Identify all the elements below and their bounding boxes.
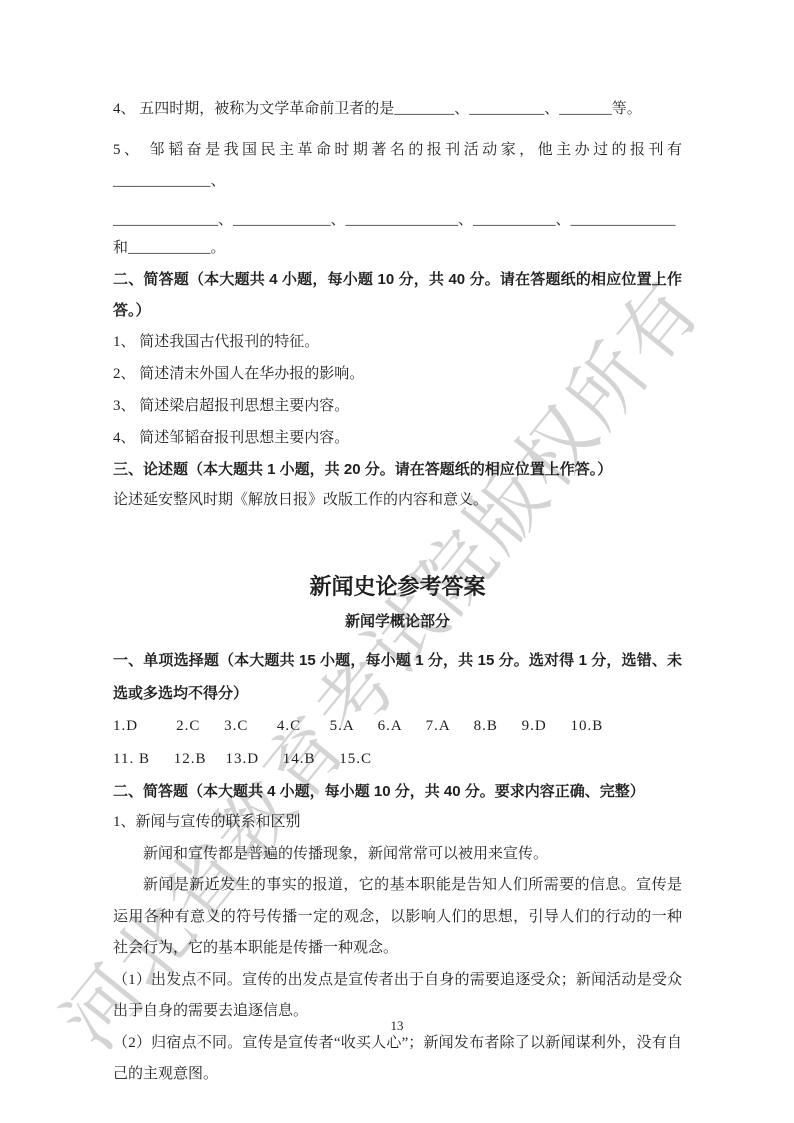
page-content: 4、 五四时期，被称为文学革命前卫者的是________、__________、…: [113, 0, 682, 1091]
short-answer-question-1: 1、 简述我国古代报刊的特征。: [113, 326, 682, 358]
short-answer-question-3: 3、 简述梁启超报刊思想主要内容。: [113, 390, 682, 422]
short-answer-section-heading: 二、简答题（本大题共 4 小题，每小题 10 分，共 40 分。要求内容正确、完…: [113, 776, 682, 807]
document-page: 河北省教育考试院版权所有 4、 五四时期，被称为文学革命前卫者的是_______…: [0, 0, 794, 1123]
fill-in-question-4: 4、 五四时期，被称为文学革命前卫者的是________、__________、…: [113, 94, 682, 125]
short-answer-question-4: 4、 简述邹韬奋报刊思想主要内容。: [113, 422, 682, 454]
short-answer-question-2: 2、 简述清末外国人在华办报的影响。: [113, 358, 682, 390]
multiple-choice-answers-row1: 1.D 2.C 3.C 4.C 5.A 6.A 7.A 8.B 9.D 10.B: [113, 710, 682, 743]
answer1-title: 1、新闻与宣传的联系和区别: [113, 807, 682, 839]
multiple-choice-answers-row2: 11. B 12.B 13.D 14.B 15.C: [113, 743, 682, 776]
answer1-paragraph-1: 新闻和宣传都是普遍的传播现象，新闻常常可以被用来宣传。: [113, 839, 682, 871]
section3-heading: 三、论述题（本大题共 1 小题，共 20 分。请在答题纸的相应位置上作答。）: [113, 454, 682, 485]
answer1-paragraph-2: 新闻是新近发生的事实的报道，它的基本职能是告知人们所需要的信息。宣传是运用各种有…: [113, 870, 682, 965]
essay-question: 论述延安整风时期《解放日报》改版工作的内容和意义。: [113, 485, 682, 516]
section2-heading: 二、简答题（本大题共 4 小题，每小题 10 分，共 40 分。请在答题纸的相应…: [113, 264, 682, 326]
answer-key-title: 新闻史论参考答案: [113, 570, 682, 604]
answer-key-subtitle: 新闻学概论部分: [113, 610, 682, 634]
fill-in-question-5-blanks: ______________、_____________、___________…: [113, 207, 682, 233]
multiple-choice-heading: 一、单项选择题（本大题共 15 小题，每小题 1 分，共 15 分。选对得 1 …: [113, 644, 682, 710]
page-number: 13: [0, 1018, 794, 1034]
fill-in-question-5-line3: 和___________。: [113, 233, 682, 264]
answer1-paragraph-4: （2）归宿点不同。宣传是宣传者“收买人心”；新闻发布者除了以新闻谋利外，没有自己…: [113, 1028, 682, 1091]
fill-in-question-5-line1: 5、 邹韬奋是我国民主革命时期著名的报刊活动家，他主办过的报刊有________…: [113, 135, 682, 197]
